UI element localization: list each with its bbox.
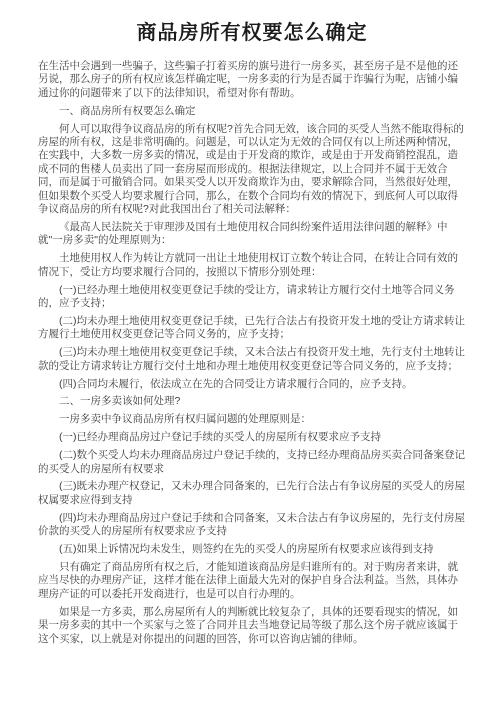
- body-paragraph: 只有确定了商品房所有权之后，才能知道该商品房是归谁所有的。对于购房者来讲，就应当…: [38, 561, 466, 601]
- principle-item-4: (四)均未办理商品房过户登记手续和合同备案，又未合法占有争议房屋的，先行支付房屋…: [38, 512, 466, 539]
- body-paragraph: 何人可以取得争议商品房的所有权呢?首先合同无效，该合同的买受人当然不能取得标的房…: [38, 123, 466, 217]
- section-heading-2: 二、一房多卖该如何处理?: [38, 395, 466, 408]
- body-paragraph: 土地使用权人作为转让方就同一出让土地使用权订立数个转让合同，在转让合同有效的情况…: [38, 252, 466, 279]
- article-page: 商品房所有权要怎么确定 在生活中会遇到一些骗子，这些骗子打着买房的旗号进行一房多…: [0, 0, 504, 713]
- clause-item-4: (四)合同均未履行，依法成立在先的合同受让方请求履行合同的，应予支持。: [38, 378, 466, 391]
- page-title: 商品房所有权要怎么确定: [38, 20, 466, 46]
- interpretation-reference: 《最高人民法院关于审理涉及国有土地使用权合同纠纷案件适用法律问题的解释》中就"一…: [38, 221, 466, 248]
- principle-item-3: (三)既未办理产权登记，又未办理合同备案的，已先行合法占有争议房屋的买受人的房屋…: [38, 480, 466, 507]
- principle-item-2: (二)数个买受人均未办理商品房过户登记手续的，支持已经办理商品房买卖合同备案登记…: [38, 449, 466, 476]
- clause-item-1: (一)已经办理土地使用权变更登记手续的受让方，请求转让方履行交付土地等合同义务的…: [38, 284, 466, 311]
- principle-item-5: (五)如果上诉情况均未发生，则签约在先的买受人的房屋所有权要求应该得到支持: [38, 543, 466, 556]
- intro-paragraph: 在生活中会遇到一些骗子，这些骗子打着买房的旗号进行一房多买，甚至房子是不是他的还…: [38, 60, 466, 100]
- closing-paragraph: 如果是一方多卖，那么房屋所有人的判断就比较复杂了，具体的还要看现实的情况，如果一…: [38, 606, 466, 646]
- principle-item-1: (一)已经办理商品房过户登记手续的买受人的房屋所有权要求应予支持: [38, 431, 466, 444]
- clause-item-2: (二)均未办理土地使用权变更登记手续，已先行合法占有投资开发土地的受让方请求转让…: [38, 315, 466, 342]
- section-heading-1: 一、商品房所有权要怎么确定: [38, 105, 466, 118]
- body-paragraph: 一房多卖中争议商品房所有权归属问题的处理原则是：: [38, 413, 466, 426]
- clause-item-3: (三)均未办理土地使用权变更登记手续，又未合法占有投资开发土地，先行支付土地转让…: [38, 346, 466, 373]
